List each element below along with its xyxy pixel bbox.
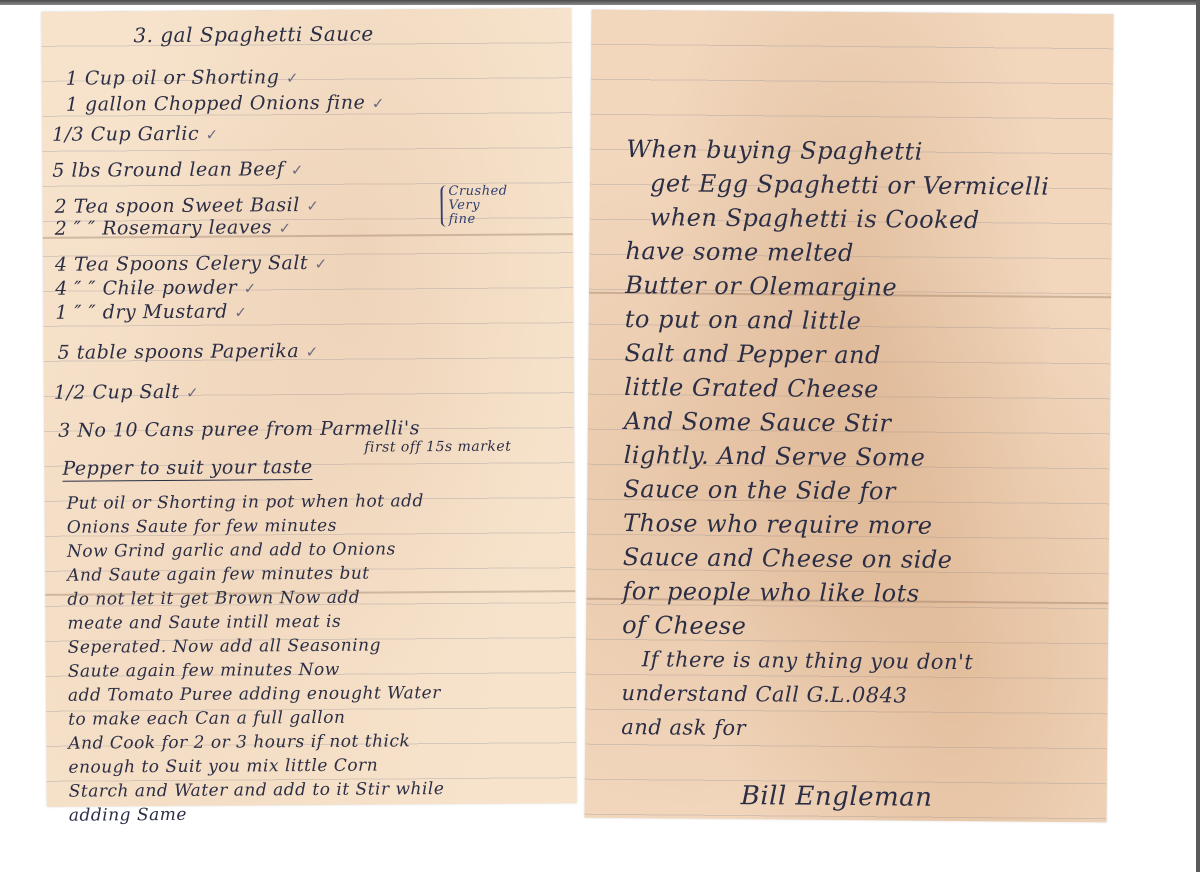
check-mark-icon: ✓ — [206, 126, 219, 144]
note-line: If there is any thing you don't — [622, 642, 1046, 680]
check-mark-icon: ✓ — [306, 197, 319, 215]
instructions-block: Put oil or Shorting in pot when hot add … — [67, 489, 445, 828]
note-line: Butter or Olemargine — [625, 268, 1049, 306]
ingredient-qty: 1 — [66, 68, 79, 90]
note-line: of Cheese — [622, 608, 1046, 646]
ingredient-qty: 2 — [55, 218, 68, 240]
ingredient-text: Cup oil or Shorting — [85, 66, 280, 89]
ingredient-text: ″ ″ dry Mustard — [74, 301, 228, 324]
ingredient-text: Ground lean Beef — [107, 158, 284, 181]
instruction-line: add Tomato Puree adding enought Water — [68, 681, 444, 708]
instruction-line: enough to Suit you mix little Corn — [68, 753, 444, 780]
scanner-top-edge — [0, 0, 1200, 5]
ingredient-qty: 5 — [58, 342, 71, 364]
ingredient-item: 4 ″ ″ Chile powder ✓ — [55, 276, 257, 299]
ingredient-text: table spoons Paperika — [77, 340, 300, 364]
instruction-line: to make each Can a full gallon — [68, 705, 444, 732]
ingredient-qty: 2 — [55, 196, 68, 218]
ingredient-item: 1 gallon Chopped Onions fine ✓ — [66, 91, 385, 115]
ingredient-text: ″ ″ Chile powder — [74, 276, 237, 299]
recipe-title: 3. gal Spaghetti Sauce — [133, 22, 373, 48]
instruction-line: meate and Saute intill meat is — [67, 609, 443, 636]
note-line: Sauce on the Side for — [623, 472, 1047, 510]
ingredient-qty: 4 — [55, 278, 68, 300]
instruction-line: And Cook for 2 or 3 hours if not thick — [68, 729, 444, 756]
ingredient-item: 5 lbs Ground lean Beef ✓ — [52, 158, 304, 182]
instruction-line: Put oil or Shorting in pot when hot add — [67, 489, 443, 516]
ingredient-qty: 1/2 — [54, 382, 86, 404]
check-mark-icon: ✓ — [372, 94, 385, 112]
ingredient-qty: 1/3 — [52, 124, 84, 146]
ingredient-qty: 1 — [66, 94, 79, 116]
check-mark-icon: ✓ — [244, 279, 257, 297]
ingredient-list: 1 Cup oil or Shorting ✓ 1 gallon Chopped… — [41, 8, 571, 12]
ingredient-qty: 4 — [55, 254, 68, 276]
note-line: Those who require more — [623, 506, 1047, 544]
check-mark-icon: ✓ — [315, 255, 328, 273]
ingredient-item: 1/2 Cup Salt ✓ — [54, 381, 199, 404]
instruction-line: Starch and Water and add to it Stir whil… — [69, 777, 445, 804]
ingredient-item: 1 ″ ″ dry Mustard ✓ — [55, 300, 247, 323]
instruction-line: Saute again few minutes Now — [68, 657, 444, 684]
side-note-crushed-very-fine: Crushed Very fine — [440, 185, 507, 227]
side-note-line: fine — [449, 213, 508, 227]
note-line: understand Call G.L.0843 — [621, 676, 1045, 714]
ingredient-qty: 1 — [55, 302, 68, 324]
check-mark-icon: ✓ — [291, 161, 304, 179]
instruction-line: And Saute again few minutes but — [67, 561, 443, 588]
ingredient-item: 3 No 10 Cans puree from Parmelli's — [58, 417, 420, 442]
note-line: little Grated Cheese — [624, 370, 1048, 408]
note-line: to put on and little — [625, 302, 1049, 340]
instruction-line: Seperated. Now add all Seasoning — [68, 633, 444, 660]
check-mark-icon: ✓ — [278, 219, 291, 237]
recipe-page-left: 3. gal Spaghetti Sauce 1 Cup oil or Shor… — [41, 8, 577, 807]
note-line: And Some Sauce Stir — [624, 404, 1048, 442]
ingredient-text: Tea Spoons Celery Salt — [74, 252, 308, 276]
note-line: Sauce and Cheese on side — [623, 540, 1047, 578]
signature: Bill Engleman — [741, 781, 933, 813]
check-mark-icon: ✓ — [286, 69, 299, 87]
ingredient-text: gallon Chopped Onions fine — [85, 92, 365, 116]
ingredient-item: 2 Tea spoon Sweet Basil ✓ — [55, 194, 320, 218]
pepper-note: Pepper to suit your taste — [62, 456, 313, 482]
side-note-line: Very — [449, 199, 508, 213]
note-line: have some melted — [625, 234, 1049, 272]
ingredient-qty: 3 — [58, 420, 71, 442]
note-line: for people who like lots — [622, 574, 1046, 612]
ingredient-text: Cup Garlic — [91, 123, 200, 146]
ingredient-item: 1 Cup oil or Shorting ✓ — [66, 66, 299, 90]
instruction-line: adding Same — [69, 801, 445, 828]
ingredient-item: 4 Tea Spoons Celery Salt ✓ — [55, 252, 328, 276]
check-mark-icon: ✓ — [186, 384, 199, 402]
note-line: and ask for — [621, 710, 1045, 748]
note-line: Salt and Pepper and — [624, 336, 1048, 374]
scanner-right-edge — [1196, 0, 1200, 872]
instruction-line: do not let it get Brown Now add — [67, 585, 443, 612]
ingredient-text: No 10 Cans puree from Parmelli's — [77, 417, 420, 441]
instruction-line: Onions Saute for few minutes — [67, 513, 443, 540]
note-line: lightly. And Serve Some — [624, 438, 1048, 476]
instruction-line: Now Grind garlic and add to Onions — [67, 537, 443, 564]
serving-notes: When buying Spaghetti get Egg Spaghetti … — [621, 132, 1050, 748]
ingredient-text: Cup Salt — [92, 381, 179, 404]
ingredient-item: 2 ″ ″ Rosemary leaves ✓ — [55, 216, 292, 240]
check-mark-icon: ✓ — [234, 303, 247, 321]
note-line: get Egg Spaghetti or Vermicelli — [626, 166, 1050, 204]
note-line: When buying Spaghetti — [626, 132, 1050, 170]
ingredient-text: ″ ″ Rosemary leaves — [74, 216, 272, 239]
ingredient-item: 5 table spoons Paperika ✓ — [58, 340, 319, 364]
recipe-page-right: When buying Spaghetti get Egg Spaghetti … — [584, 10, 1113, 823]
note-line: when Spaghetti is Cooked — [626, 200, 1050, 238]
ingredient-qty: 5 lbs — [52, 159, 101, 181]
check-mark-icon: ✓ — [306, 343, 319, 361]
puree-source-note: first off 15s market — [364, 439, 511, 456]
ingredient-item: 1/3 Cup Garlic ✓ — [52, 123, 219, 146]
ingredient-text: Tea spoon Sweet Basil — [74, 194, 300, 218]
